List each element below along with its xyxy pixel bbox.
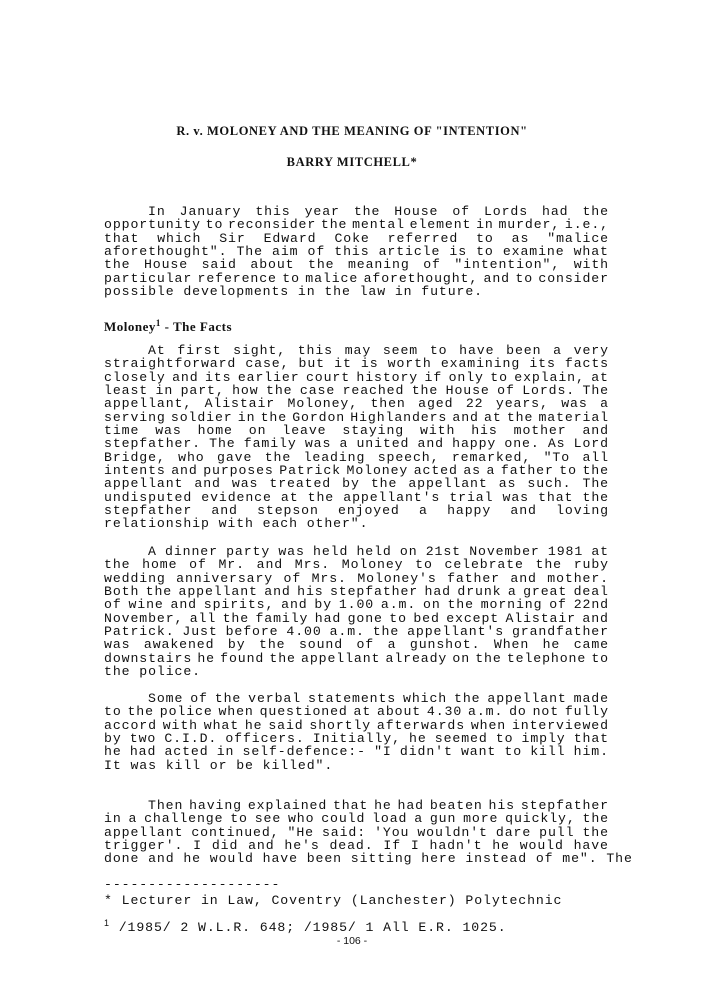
text-line: leastinpart,howthecasereachedtheHouseofL… xyxy=(104,384,609,397)
text-line: intentsandpurposesPatrickMoloneyactedasa… xyxy=(104,464,609,477)
paragraph-facts-3: Someoftheverbalstatementswhichtheappella… xyxy=(104,692,609,772)
text-line: stepfather.Thefamilywasaunitedandhappyon… xyxy=(104,437,609,450)
text-line: tothepolicewhenquestionedatabout4.30a.m.… xyxy=(104,705,609,718)
text-line: undisputedevidenceattheappellant'strialw… xyxy=(104,491,609,504)
text-line: thatwhichSirEdwardCokereferredtoas"malic… xyxy=(104,232,609,245)
text-line: doneandhewouldhavebeensittinghereinstead… xyxy=(104,852,609,865)
text-line: Adinnerpartywasheldheldon21stNovember198… xyxy=(104,545,609,558)
section-heading: Moloney1 - The Facts xyxy=(104,318,232,335)
footnote-author: * Lecturer in Law, Coventry (Lanchester)… xyxy=(104,893,562,908)
section-heading-rest: - The Facts xyxy=(161,319,232,334)
paragraph-facts-4: Thenhavingexplainedthathehadbeatenhisste… xyxy=(104,799,609,866)
footnote-text: Lecturer in Law, Coventry (Lanchester) P… xyxy=(122,893,563,908)
text-line: thehomeofMr.andMrs.Moloneytocelebratethe… xyxy=(104,558,609,571)
text-line: Atfirstsight,thismayseemtohavebeenavery xyxy=(104,344,609,357)
document-page: R. v. MOLONEY AND THE MEANING OF "INTENT… xyxy=(0,0,704,1003)
text-line: closelyanditsearliercourthistoryifonlyto… xyxy=(104,371,609,384)
footnote-marker: 1 xyxy=(104,918,110,928)
text-line: particularreferencetomaliceaforethought,… xyxy=(104,272,609,285)
text-line: Thenhavingexplainedthathehadbeatenhisste… xyxy=(104,799,609,812)
text-line: Patrick.Justbefore4.00a.m.theappellant's… xyxy=(104,625,609,638)
text-line: trigger'.Ididandhe'sdead.IfIhadn'thewoul… xyxy=(104,839,609,852)
text-line: thepolice. xyxy=(104,665,609,678)
text-line: Someoftheverbalstatementswhichtheappella… xyxy=(104,692,609,705)
text-line: downstairshefoundtheappellantalreadyonth… xyxy=(104,652,609,665)
text-line: straightforwardcase,butitisworthexaminin… xyxy=(104,357,609,370)
text-line: appellantandwastreatedbytheappellantassu… xyxy=(104,477,609,490)
section-heading-text: Moloney xyxy=(104,319,156,334)
text-line: November,allthefamilyhadgonetobedexceptA… xyxy=(104,612,609,625)
text-line: Bridge,whogavetheleadingspeech,remarked,… xyxy=(104,451,609,464)
text-line: inachallengetoseewhocouldloadagunmorequi… xyxy=(104,812,609,825)
text-line: bytwoC.I.D.officers.Initially,heseemedto… xyxy=(104,732,609,745)
footnote-text: /1985/ 2 W.L.R. 648; /1985/ 1 All E.R. 1… xyxy=(119,920,507,935)
text-line: servingsoldierintheGordonHighlandersanda… xyxy=(104,411,609,424)
article-title: R. v. MOLONEY AND THE MEANING OF "INTENT… xyxy=(0,124,704,139)
paragraph-facts-2: Adinnerpartywasheldheldon21stNovember198… xyxy=(104,545,609,678)
text-line: relationshipwitheachother". xyxy=(104,517,609,530)
text-line: InJanuarythisyeartheHouseofLordshadthe xyxy=(104,205,609,218)
text-line: appellant,AlistairMoloney,thenaged22year… xyxy=(104,397,609,410)
text-line: timewashomeonleavestayingwithhismotheran… xyxy=(104,424,609,437)
text-line: Boththeappellantandhisstepfatherhaddrunk… xyxy=(104,585,609,598)
footnote-marker: * xyxy=(104,893,113,908)
footnote-citation: 1 /1985/ 2 W.L.R. 648; /1985/ 1 All E.R.… xyxy=(104,918,507,935)
text-line: opportunitytoreconsiderthementalelementi… xyxy=(104,218,609,231)
text-line: ofwineandspirits,andby1.00a.m.onthemorni… xyxy=(104,598,609,611)
text-line: appellantcontinued,"Hesaid:'Youwouldn'td… xyxy=(104,826,609,839)
paragraph-facts-1: Atfirstsight,thismayseemtohavebeenaverys… xyxy=(104,344,609,531)
footnote-rule: -------------------- xyxy=(104,877,280,892)
article-author: BARRY MITCHELL* xyxy=(0,155,704,170)
text-line: theHousesaidaboutthemeaningof"intention"… xyxy=(104,258,609,271)
text-line: accordwithwhathesaidshortlyafterwardswhe… xyxy=(104,719,609,732)
page-number: - 106 - xyxy=(0,935,704,947)
text-line: hehadactedinself-defence:-"Ididn'twantto… xyxy=(104,745,609,758)
text-line: possibledevelopmentsinthelawinfuture. xyxy=(104,285,609,298)
text-line: wasawakenedbythesoundofagunshot.Whenheca… xyxy=(104,638,609,651)
text-line: Itwaskillorbekilled". xyxy=(104,759,609,772)
text-line: stepfatherandstepsonenjoyedahappyandlovi… xyxy=(104,504,609,517)
text-line: aforethought".Theaimofthisarticleistoexa… xyxy=(104,245,609,258)
paragraph-intro: InJanuarythisyeartheHouseofLordshadtheop… xyxy=(104,205,609,298)
text-line: weddinganniversaryofMrs.Moloney'sfathera… xyxy=(104,572,609,585)
